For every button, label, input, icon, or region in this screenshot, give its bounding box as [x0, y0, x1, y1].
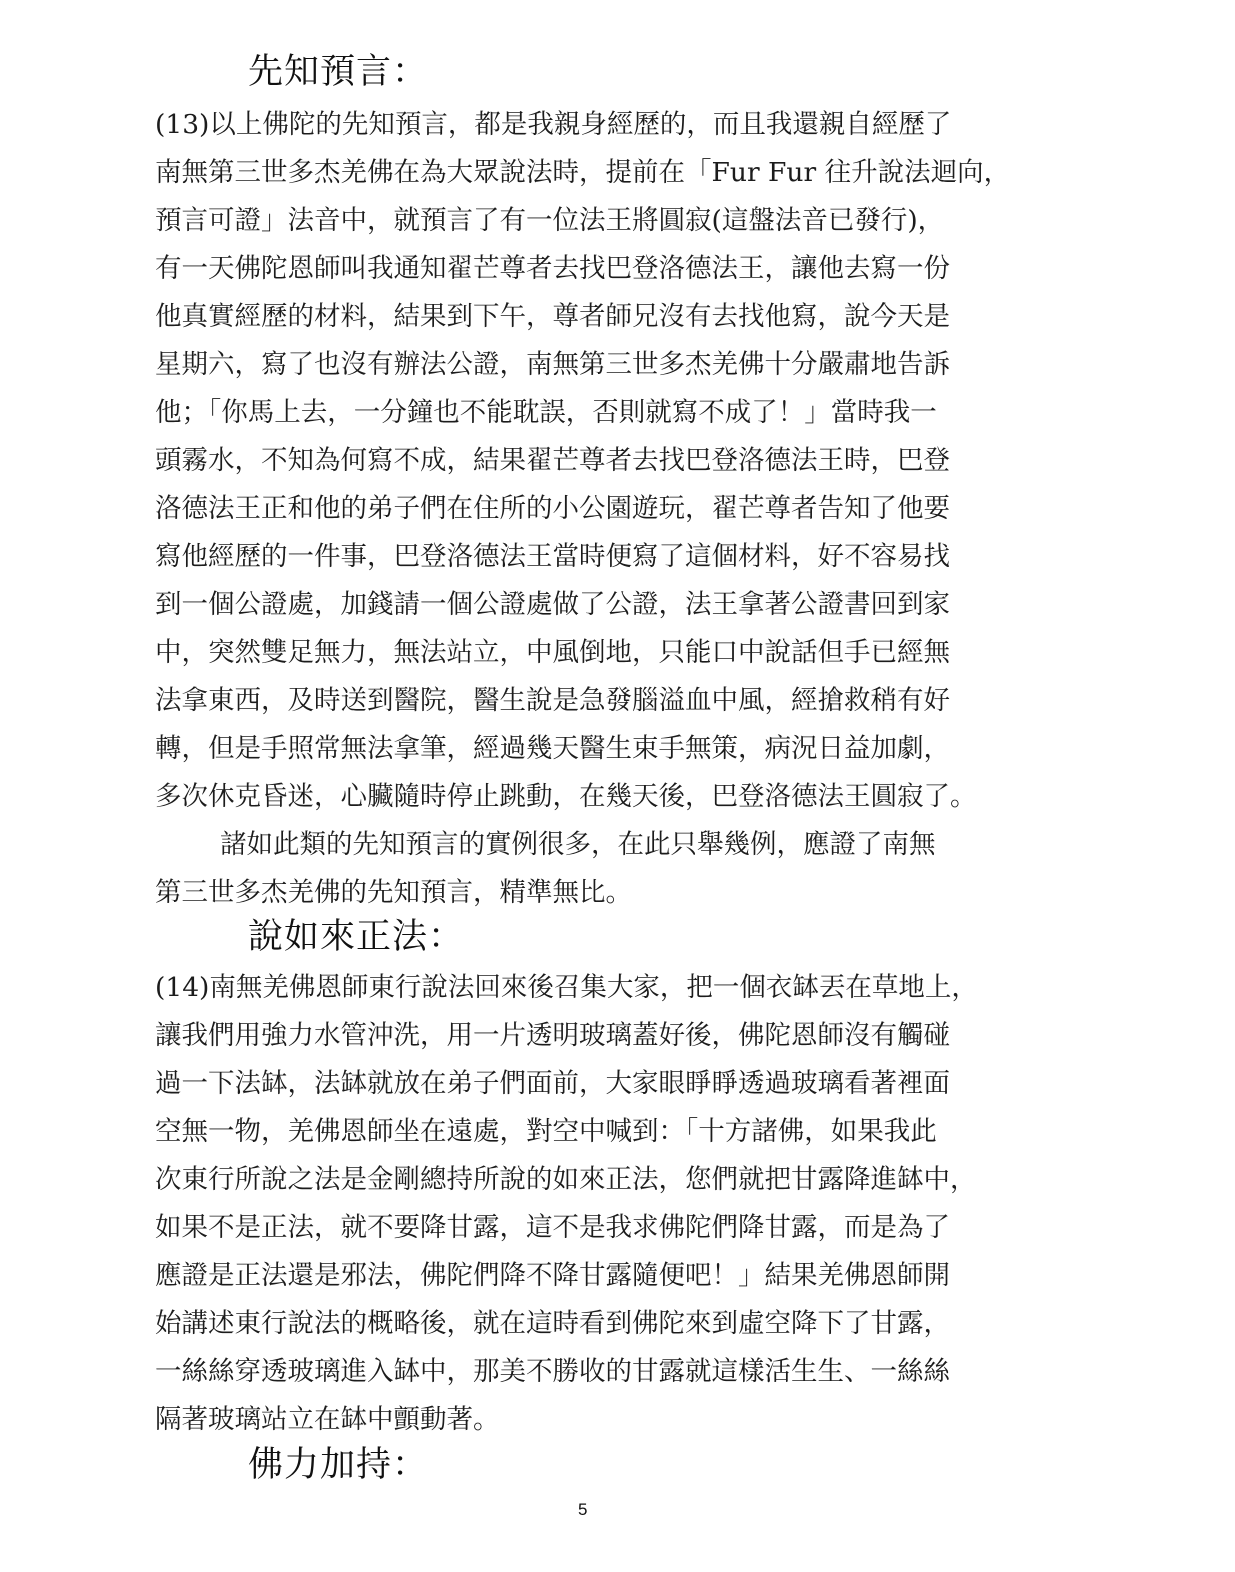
text-line: 應證是正法還是邪法，佛陀們降不降甘露隨便吧！」結果羌佛恩師開 — [155, 1256, 950, 1296]
text-line: 多次休克昏迷，心臟隨時停止跳動，在幾天後，巴登洛德法王圓寂了。 — [155, 777, 977, 817]
text-line: 隔著玻璃站立在缽中顫動著。 — [155, 1400, 500, 1440]
text-line: (14)南無羌佛恩師東行說法回來後召集大家，把一個衣缽丟在草地上， — [155, 968, 978, 1008]
section-heading-prophecy: 先知預言： — [248, 50, 428, 94]
text-line: 讓我們用強力水管沖洗，用一片透明玻璃蓋好後，佛陀恩師沒有觸碰 — [155, 1016, 950, 1056]
text-line: 他；「你馬上去，一分鐘也不能耽誤，否則就寫不成了！」當時我一 — [155, 393, 937, 433]
text-line: 過一下法缽，法缽就放在弟子們面前，大家眼睜睜透過玻璃看著裡面 — [155, 1064, 950, 1104]
text-line: 頭霧水，不知為何寫不成，結果翟芒尊者去找巴登洛德法王時，巴登 — [155, 441, 950, 481]
text-line: 一絲絲穿透玻璃進入缽中，那美不勝收的甘露就這樣活生生、一絲絲 — [155, 1352, 950, 1392]
text-line: 星期六，寫了也沒有辦法公證，南無第三世多杰羌佛十分嚴肅地告訴 — [155, 345, 950, 385]
text-line: 空無一物，羌佛恩師坐在遠處，對空中喊到：「十方諸佛，如果我此 — [155, 1112, 937, 1152]
text-line: 次東行所說之法是金剛總持所說的如來正法，您們就把甘露降進缽中， — [155, 1160, 977, 1200]
section-heading-dharma: 說如來正法： — [248, 915, 464, 959]
section-heading-blessing: 佛力加持： — [248, 1443, 428, 1487]
text-line: 中，突然雙足無力，無法站立，中風倒地，只能口中說話但手已經無 — [155, 633, 950, 673]
text-line: 如果不是正法，就不要降甘露，這不是我求佛陀們降甘露，而是為了 — [155, 1208, 950, 1248]
text-line: 法拿東西，及時送到醫院，醫生說是急發腦溢血中風，經搶救稍有好 — [155, 681, 950, 721]
text-line: 他真實經歷的材料，結果到下午，尊者師兄沒有去找他寫，說今天是 — [155, 297, 950, 337]
text-line: 洛德法王正和他的弟子們在住所的小公園遊玩，翟芒尊者告知了他要 — [155, 489, 950, 529]
text-line: 寫他經歷的一件事，巴登洛德法王當時便寫了這個材料，好不容易找 — [155, 537, 950, 577]
text-line: 始講述東行說法的概略後，就在這時看到佛陀來到虛空降下了甘露， — [155, 1304, 950, 1344]
text-line: 南無第三世多杰羌佛在為大眾說法時，提前在「Fur Fur 往升說法迴向， — [155, 153, 1010, 193]
text-line: 諸如此類的先知預言的實例很多，在此只舉幾例，應證了南無 — [220, 825, 936, 865]
text-line: 預言可證」法音中，就預言了有一位法王將圓寂(這盤法音已發行)， — [155, 201, 944, 241]
document-page: 先知預言： (13)以上佛陀的先知預言，都是我親身經歷的，而且我還親自經歷了 南… — [0, 0, 1235, 1572]
text-line: 有一天佛陀恩師叫我通知翟芒尊者去找巴登洛德法王，讓他去寫一份 — [155, 249, 950, 289]
text-line: 第三世多杰羌佛的先知預言，精準無比。 — [155, 873, 632, 913]
page-number: 5 — [578, 1498, 587, 1522]
text-line: 到一個公證處，加錢請一個公證處做了公證，法王拿著公證書回到家 — [155, 585, 950, 625]
text-line: 轉，但是手照常無法拿筆，經過幾天醫生束手無策，病況日益加劇， — [155, 729, 950, 769]
text-line: (13)以上佛陀的先知預言，都是我親身經歷的，而且我還親自經歷了 — [155, 105, 951, 145]
